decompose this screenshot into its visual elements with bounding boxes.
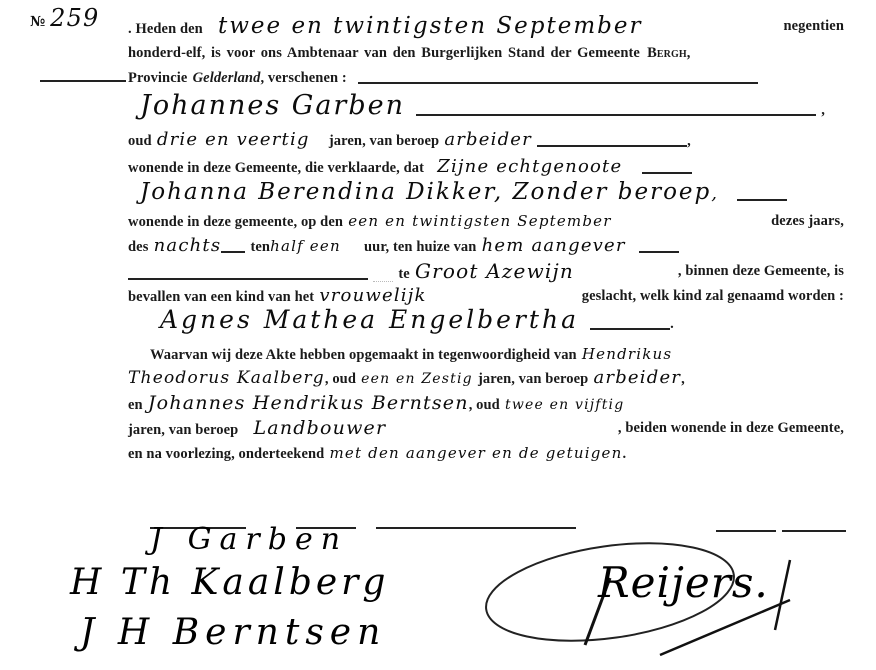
father-occupation: arbeider <box>444 129 532 150</box>
text-line-3: Provincie Gelderland, verschenen : <box>128 66 844 90</box>
mother-name: Johanna Berendina Dikker, Zonder beroep <box>140 179 711 205</box>
text-line-17: en na voorlezing, onderteekend met den a… <box>128 441 844 465</box>
child-name: Agnes Mathea Engelbertha <box>160 305 579 334</box>
act-number-underline <box>40 80 126 82</box>
father-name: Johannes Garben <box>140 90 405 121</box>
act-number-value: 259 <box>50 4 99 32</box>
signature-registrar: Reijers. <box>598 558 769 607</box>
signature-witness-1: H Th Kaalberg <box>70 562 389 603</box>
birth-hour: half een <box>270 237 341 255</box>
text-line-13: Waarvan wij deze Akte hebben opgemaakt i… <box>150 342 866 366</box>
witness-1-occupation: arbeider <box>593 367 681 388</box>
child-sex: vrouwelijk <box>319 285 426 306</box>
signature-father: J Garben <box>150 522 348 557</box>
birth-certificate-page: № 259 . Heden den twee en twintigsten Se… <box>0 0 876 670</box>
witness-1-name: Theodorus Kaalberg <box>128 368 325 388</box>
text-line-16: jaren, van beroep Landbouwer , beiden wo… <box>128 416 844 440</box>
text-line-4: Johannes Garben , <box>140 94 856 128</box>
text-line-2: honderd-elf, is voor ons Ambtenaar van d… <box>128 41 844 65</box>
text-line-14: Theodorus Kaalberg, oud een en Zestig ja… <box>128 366 844 390</box>
act-number: № 259 <box>30 4 100 32</box>
text-line-8: wonende in deze gemeente, op den een en … <box>128 209 844 233</box>
text-line-10: te Groot Azewijn , binnen deze Gemeente,… <box>128 259 844 283</box>
signature-witness-2: J H Berntsen <box>80 612 386 653</box>
text-line-7: Johanna Berendina Dikker, Zonder beroep, <box>140 180 856 210</box>
province-name: Gelderland <box>193 70 261 86</box>
birth-time-of-day: nachts <box>154 235 222 256</box>
signing-clause: met den aangever en de getuigen <box>329 444 622 462</box>
text-line-9: des nachts tenhalf een uur, ten huize va… <box>128 234 844 258</box>
municipality-name: Bergh <box>647 45 687 61</box>
birth-date: een en twintigsten September <box>348 212 611 230</box>
father-age: drie en veertig <box>157 129 310 150</box>
text-line-15: en Johannes Hendrikus Berntsen, oud twee… <box>128 391 844 415</box>
birth-place: Groot Azewijn <box>415 259 574 283</box>
witness-1-first-name: Hendrikus <box>582 345 672 363</box>
text-line-1: . Heden den twee en twintigsten Septembe… <box>128 14 844 38</box>
text-line-5: oud drie en veertig jaren, van beroep ar… <box>128 128 844 152</box>
witness-2-name: Johannes Hendrikus Berntsen <box>148 392 469 414</box>
witness-1-age: een en Zestig <box>361 371 473 387</box>
act-number-prefix: № <box>30 14 45 30</box>
text-line-6: wonende in deze Gemeente, die verklaarde… <box>128 155 844 179</box>
handwritten-date: twee en twintigsten September <box>218 13 642 39</box>
text-line-12: Agnes Mathea Engelbertha . <box>160 308 876 340</box>
witness-2-occupation: Landbouwer <box>253 417 386 439</box>
witness-2-age: twee en vijftig <box>505 397 624 413</box>
birth-house: hem aangever <box>482 235 626 256</box>
